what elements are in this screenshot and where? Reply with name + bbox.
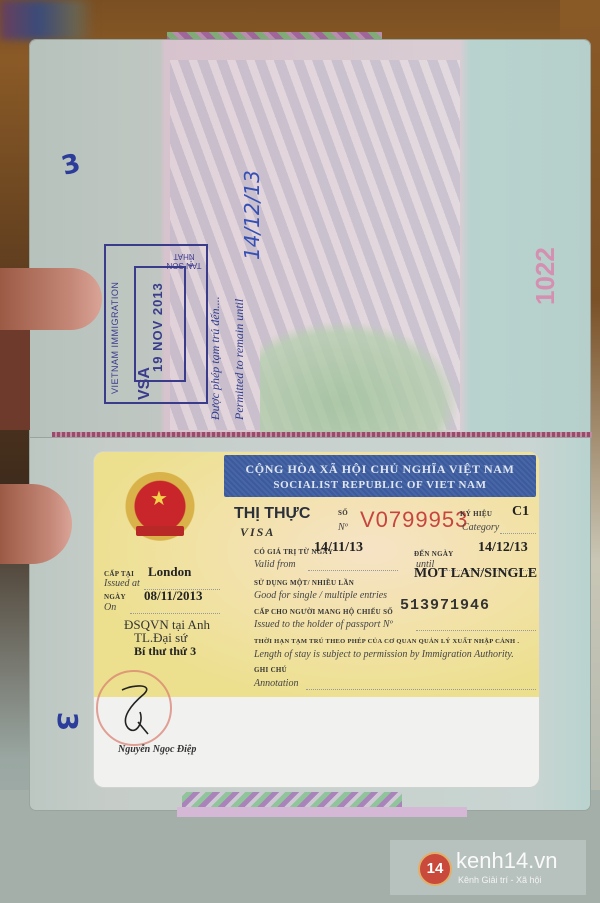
stamp-agency: VIETNAM IMMIGRATION <box>110 282 120 394</box>
issuer-line-3: Bí thư thứ 3 <box>134 644 196 659</box>
passport-number: 513971946 <box>400 597 490 614</box>
visa-title-en: VISA <box>240 525 275 540</box>
passport-label-en: Issued to the holder of passport Nº <box>254 619 393 630</box>
star-icon: ★ <box>150 486 168 511</box>
kenh14-logo-icon: 14 <box>418 852 452 886</box>
issued-at-label-vi: CẤP TẠI <box>104 570 134 578</box>
stay-label-vi: THỜI HẠN TẠM TRÚ THEO PHÉP CỦA CƠ QUAN Q… <box>254 638 519 645</box>
issued-on-label-en: On <box>104 602 116 613</box>
vietnam-national-emblem-icon: ★ <box>122 472 198 548</box>
valid-from-date: 14/11/13 <box>314 540 363 556</box>
issued-on-date: 08/11/2013 <box>144 588 203 604</box>
category-label-vi: KÝ HIỆU <box>460 510 492 518</box>
visa-sticker: CỘNG HÒA XÃ HỘI CHỦ NGHĨA VIỆT NAM SOCIA… <box>94 452 539 787</box>
entries-label-vi: SỬ DỤNG MỘT/ NHIỀU LẦN <box>254 579 354 587</box>
stamp-date: 19 NOV 2013 <box>150 282 165 372</box>
page-serial-number: 1022 <box>530 247 561 305</box>
passport-label-vi: CẤP CHO NGƯỜI MANG HỘ CHIẾU SỐ <box>254 608 393 616</box>
permit-label-vi: Được phép tạm trú đến.... <box>208 296 223 420</box>
hand <box>0 330 30 430</box>
header-country-vi: CỘNG HÒA XÃ HỘI CHỦ NGHĨA VIỆT NAM <box>224 455 536 477</box>
permit-label-en: Permitted to remain until <box>232 299 247 420</box>
emblem-ribbon <box>136 526 184 536</box>
watermark-tagline: Kênh Giải trí - Xã hội <box>458 875 542 885</box>
number-label-vi: SỐ <box>338 509 348 517</box>
visa-header: CỘNG HÒA XÃ HỘI CHỦ NGHĨA VIỆT NAM SOCIA… <box>224 455 536 497</box>
entry-stamp: VIETNAM IMMIGRATION 19 NOV 2013 TAN SON … <box>104 244 208 404</box>
entries-value: MOT LAN/SINGLE <box>414 566 537 582</box>
stay-permit-annotation: Được phép tạm trú đến.... Permitted to r… <box>204 120 284 420</box>
annotation-label-en: Annotation <box>254 678 298 689</box>
permit-date: 14/12/13 <box>240 170 264 260</box>
page-edge-pattern <box>182 792 402 808</box>
watermark-site: kenh14.vn <box>456 848 558 874</box>
arrival-arrow-icon: ⇣ <box>186 256 196 270</box>
logo-number: 14 <box>427 860 444 877</box>
stamp-code: VSA <box>136 367 154 400</box>
signer-name: Nguyễn Ngọc Điệp <box>118 744 196 755</box>
stamp-place: TAN SON NHAT <box>162 252 206 270</box>
number-label-en: Nº <box>338 522 348 533</box>
finger <box>0 268 102 330</box>
entries-label-en: Good for single / multiple entries <box>254 590 387 601</box>
visa-category: C1 <box>512 504 529 520</box>
page-green-pattern <box>260 320 460 440</box>
stamp-date-box: 19 NOV 2013 <box>134 266 186 382</box>
stay-label-en: Length of stay is subject to permission … <box>254 649 514 660</box>
issued-at-label-en: Issued at <box>104 578 140 589</box>
annotation-label-vi: GHI CHÚ <box>254 666 287 674</box>
category-label-en: Category <box>462 522 499 533</box>
kenh14-watermark: 14 kenh14.vn Kênh Giải trí - Xã hội <box>390 840 586 895</box>
visa-number: V0799953 <box>360 507 468 533</box>
page-edge-stripe <box>177 807 467 817</box>
issued-at-place: London <box>148 564 191 580</box>
valid-from-label-en: Valid from <box>254 559 296 570</box>
visa-title-vi: THỊ THỰC <box>234 505 310 523</box>
valid-until-date: 14/12/13 <box>478 540 528 556</box>
header-country-en: SOCIALIST REPUBLIC OF VIET NAM <box>224 477 536 491</box>
handwritten-page-mark: 3 <box>51 712 84 731</box>
issued-on-label-vi: NGÀY <box>104 593 126 601</box>
until-label-vi: ĐẾN NGÀY <box>414 550 454 558</box>
signature <box>114 682 164 742</box>
